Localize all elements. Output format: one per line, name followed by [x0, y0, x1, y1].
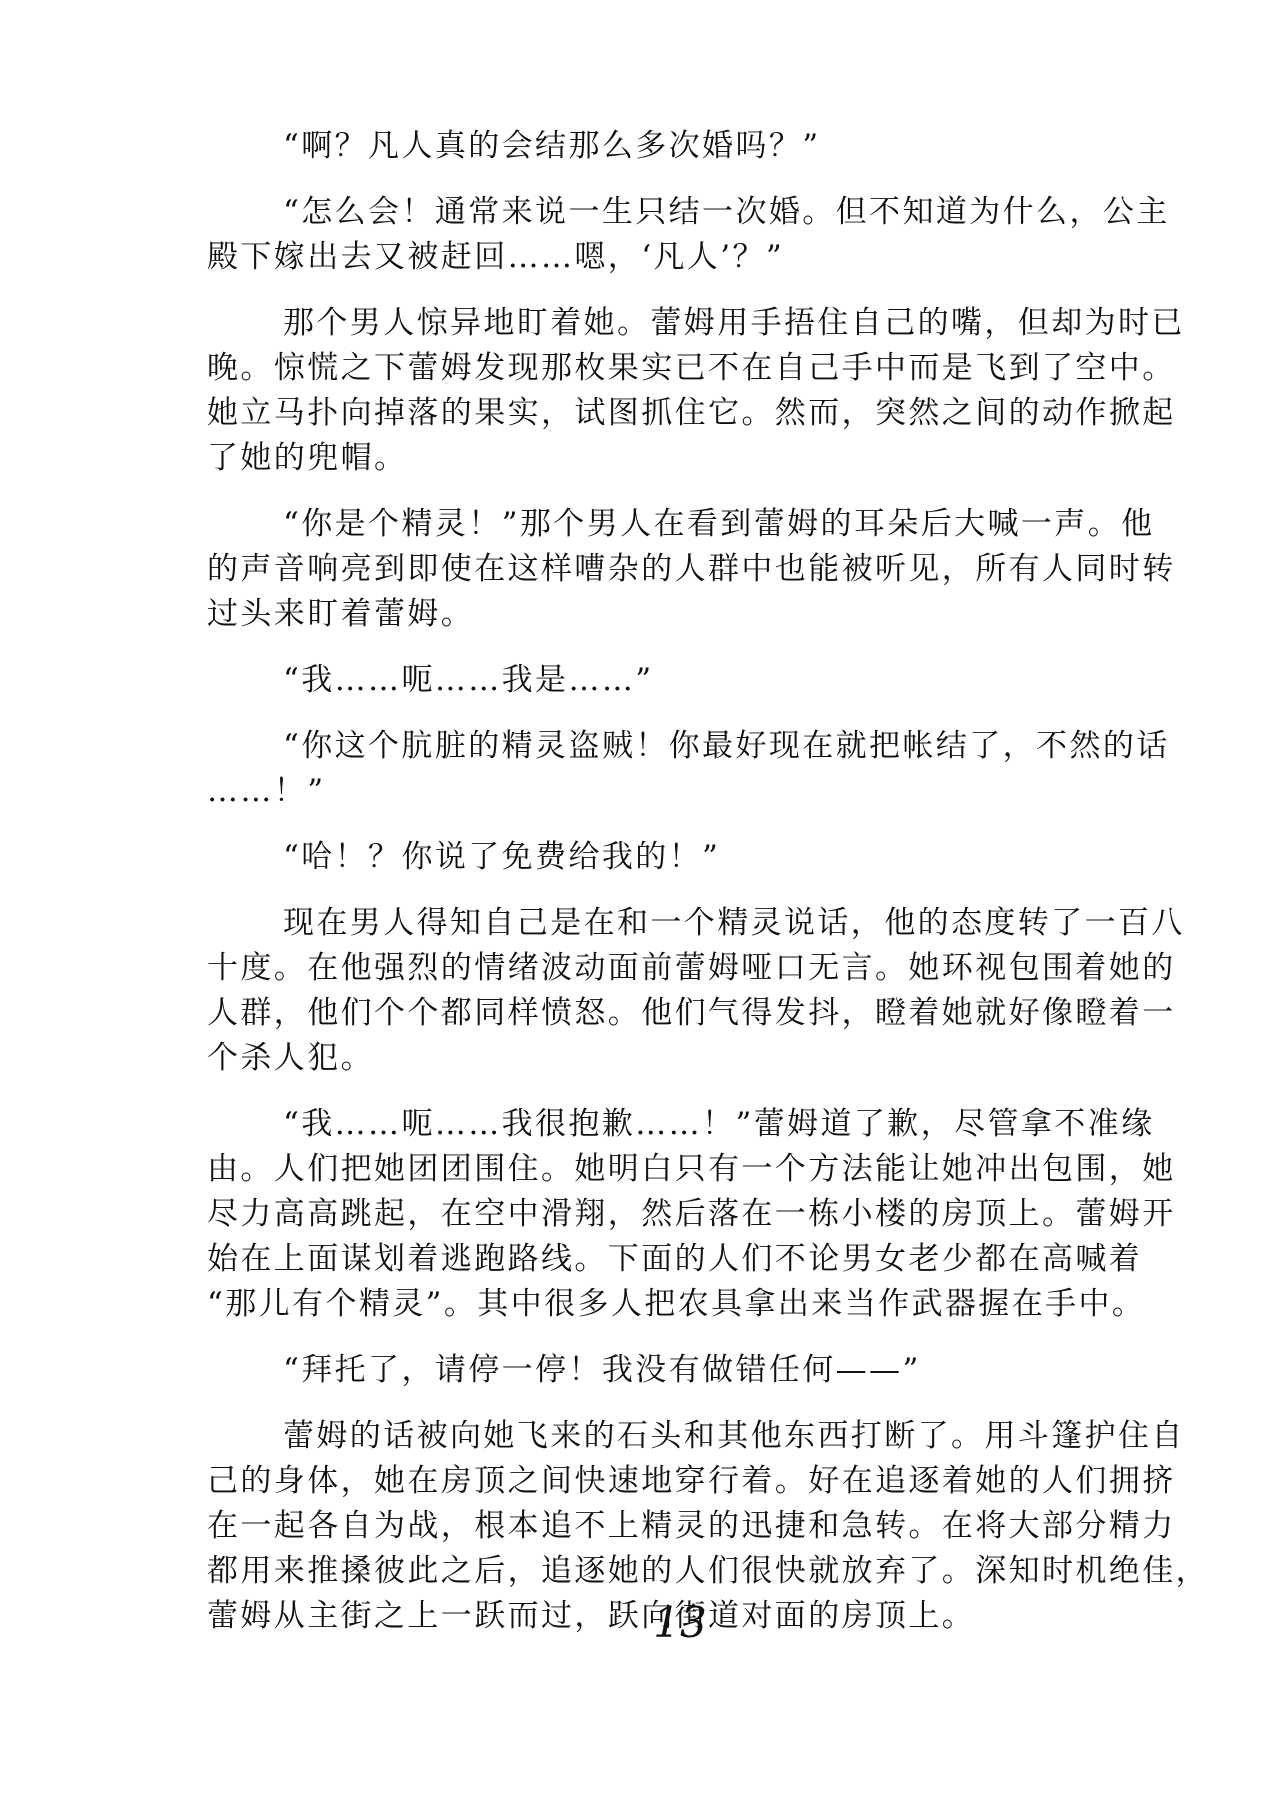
text-line: 了她的兜帽。 [207, 436, 1139, 481]
text-line: 蕾姆的话被向她飞来的石头和其他东西打断了。用斗篷护住自 [207, 1414, 1139, 1459]
paragraph-8: 现在男人得知自己是在和一个精灵说话，他的态度转了一百八 十度。在他强烈的情绪波动… [207, 901, 1139, 1081]
page-number: 13 [0, 1598, 1280, 1647]
text-line: ……！” [207, 769, 1139, 814]
text-line: “怎么会！通常来说一生只结一次婚。但不知道为什么，公主 [207, 190, 1139, 235]
paragraph-3: 那个男人惊异地盯着她。蕾姆用手捂住自己的嘴，但却为时已 晚。惊慌之下蕾姆发现那枚… [207, 301, 1139, 481]
text-line: 那个男人惊异地盯着她。蕾姆用手捂住自己的嘴，但却为时已 [207, 301, 1139, 346]
text-line: 现在男人得知自己是在和一个精灵说话，他的态度转了一百八 [207, 901, 1139, 946]
paragraph-5: “我……呃……我是……” [207, 658, 1139, 703]
paragraph-2: “怎么会！通常来说一生只结一次婚。但不知道为什么，公主 殿下嫁出去又被赶回……嗯… [207, 190, 1139, 280]
text-line: 都用来推搡彼此之后，追逐她的人们很快就放弃了。深知时机绝佳， [207, 1549, 1139, 1594]
text-line: 过头来盯着蕾姆。 [207, 592, 1139, 637]
paragraph-6: “你这个肮脏的精灵盗贼！你最好现在就把帐结了，不然的话 ……！” [207, 724, 1139, 814]
text-line: 个杀人犯。 [207, 1036, 1139, 1081]
text-line: “我……呃……我是……” [207, 658, 1139, 703]
text-line: 殿下嫁出去又被赶回……嗯，‘凡人’？” [207, 235, 1139, 280]
text-line: “我……呃……我很抱歉……！”蕾姆道了歉，尽管拿不准缘 [207, 1102, 1139, 1147]
body-text: “啊？凡人真的会结那么多次婚吗？” “怎么会！通常来说一生只结一次婚。但不知道为… [207, 124, 1139, 1660]
paragraph-10: “拜托了，请停一停！我没有做错任何——” [207, 1348, 1139, 1393]
text-line: 始在上面谋划着逃跑路线。下面的人们不论男女老少都在高喊着 [207, 1237, 1139, 1282]
text-line: 的声音响亮到即使在这样嘈杂的人群中也能被听见，所有人同时转 [207, 547, 1139, 592]
text-line: “拜托了，请停一停！我没有做错任何——” [207, 1348, 1139, 1393]
text-line: 己的身体，她在房顶之间快速地穿行着。好在追逐着她的人们拥挤 [207, 1459, 1139, 1504]
text-line: 晚。惊慌之下蕾姆发现那枚果实已不在自己手中而是飞到了空中。 [207, 346, 1139, 391]
document-page: “啊？凡人真的会结那么多次婚吗？” “怎么会！通常来说一生只结一次婚。但不知道为… [0, 0, 1280, 1816]
text-line: “你是个精灵！”那个男人在看到蕾姆的耳朵后大喊一声。他 [207, 502, 1139, 547]
paragraph-7: “哈！？你说了免费给我的！” [207, 835, 1139, 880]
text-line: 尽力高高跳起，在空中滑翔，然后落在一栋小楼的房顶上。蕾姆开 [207, 1192, 1139, 1237]
text-line: “那儿有个精灵”。其中很多人把农具拿出来当作武器握在手中。 [207, 1282, 1139, 1327]
text-line: 十度。在他强烈的情绪波动面前蕾姆哑口无言。她环视包围着她的 [207, 946, 1139, 991]
text-line: “啊？凡人真的会结那么多次婚吗？” [207, 124, 1139, 169]
text-line: 在一起各自为战，根本追不上精灵的迅捷和急转。在将大部分精力 [207, 1504, 1139, 1549]
paragraph-4: “你是个精灵！”那个男人在看到蕾姆的耳朵后大喊一声。他 的声音响亮到即使在这样嘈… [207, 502, 1139, 637]
text-line: 人群，他们个个都同样愤怒。他们气得发抖，瞪着她就好像瞪着一 [207, 991, 1139, 1036]
text-line: “哈！？你说了免费给我的！” [207, 835, 1139, 880]
text-line: 她立马扑向掉落的果实，试图抓住它。然而，突然之间的动作掀起 [207, 391, 1139, 436]
text-line: 由。人们把她团团围住。她明白只有一个方法能让她冲出包围，她 [207, 1147, 1139, 1192]
text-line: “你这个肮脏的精灵盗贼！你最好现在就把帐结了，不然的话 [207, 724, 1139, 769]
paragraph-9: “我……呃……我很抱歉……！”蕾姆道了歉，尽管拿不准缘 由。人们把她团团围住。她… [207, 1102, 1139, 1327]
paragraph-1: “啊？凡人真的会结那么多次婚吗？” [207, 124, 1139, 169]
